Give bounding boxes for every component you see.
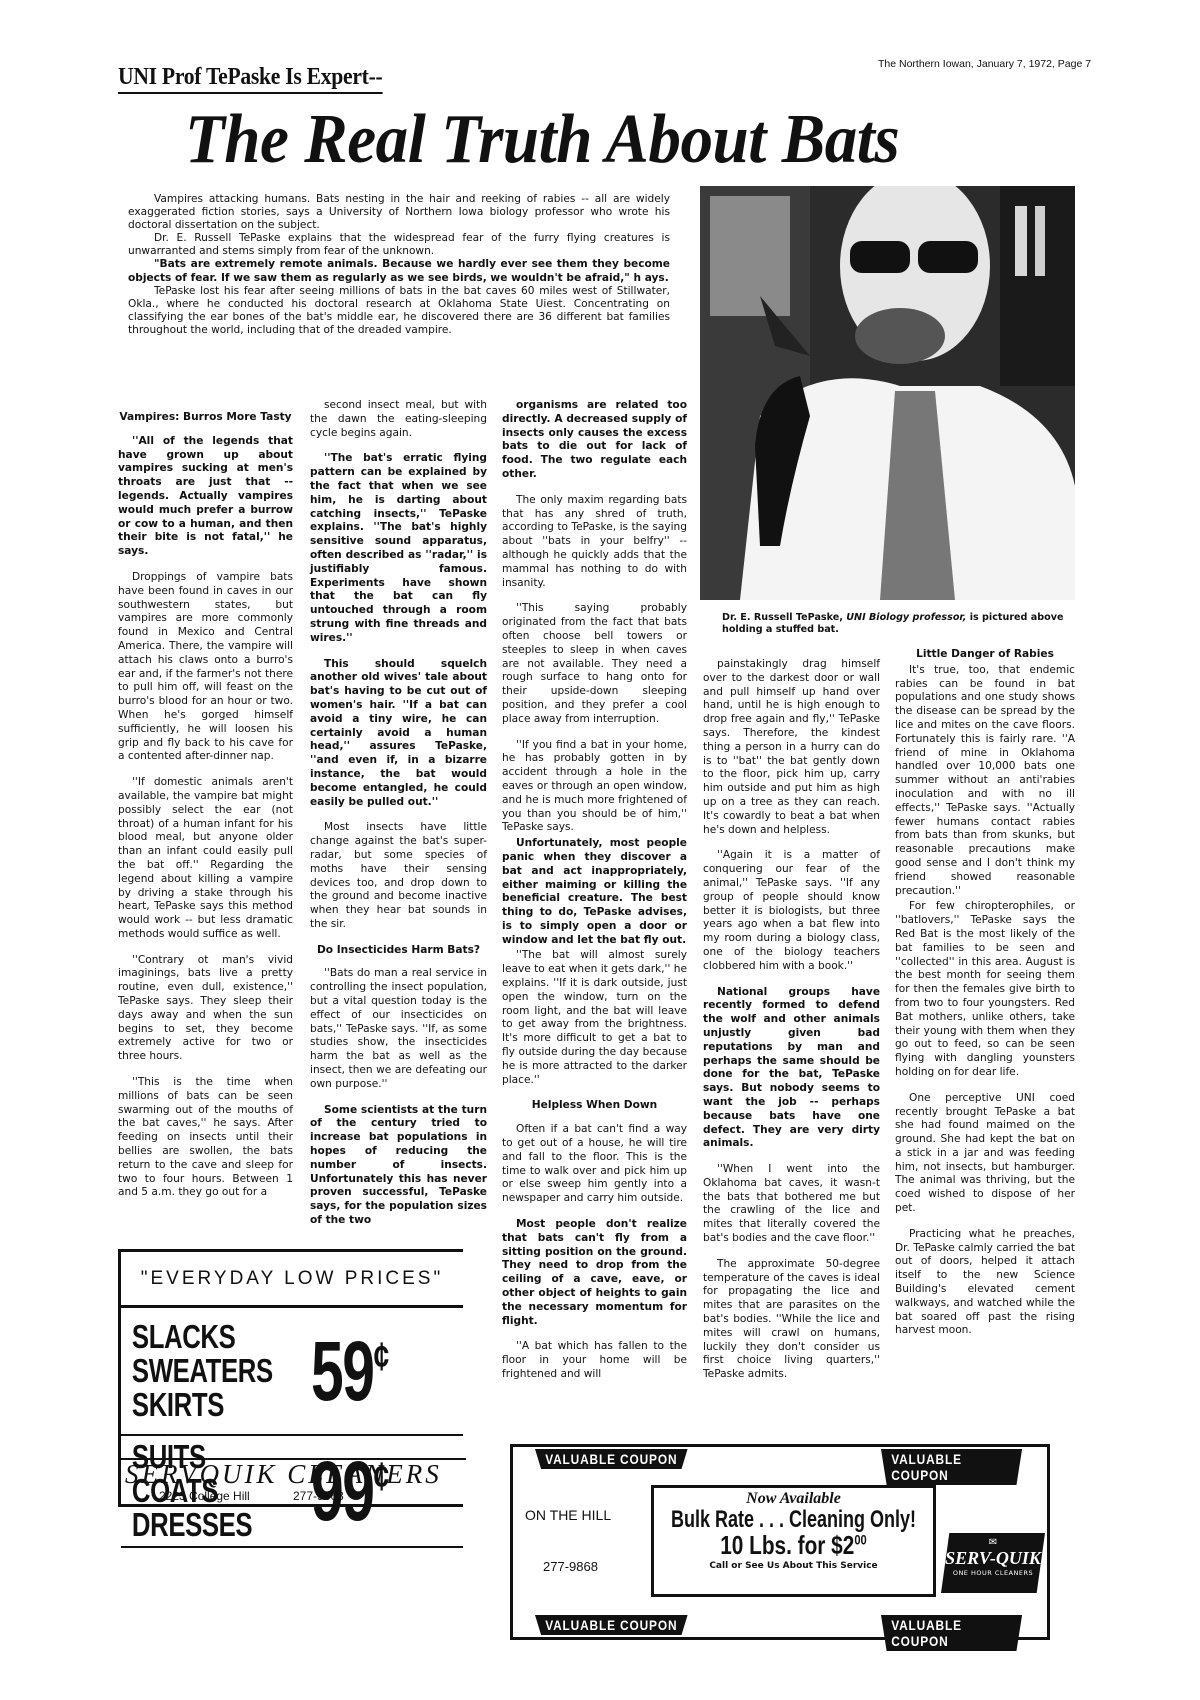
- photo-tepaske-with-bat: [700, 186, 1075, 600]
- intro-paragraph: TePaske lost his fear after seeing milli…: [128, 285, 670, 337]
- subhead: Do Insecticides Harm Bats?: [310, 944, 487, 958]
- paragraph: Often if a bat can't find a way to get o…: [502, 1123, 687, 1206]
- intro-paragraph: Dr. E. Russell TePaske explains that the…: [128, 232, 670, 258]
- paragraph: ''Contrary ot man's vivid imaginings, ba…: [118, 954, 293, 1064]
- folio: The Northern Iowan, January 7, 1972, Pag…: [878, 58, 1091, 70]
- article-column-1: Vampires: Burros More Tasty ''All of the…: [118, 405, 293, 1212]
- price-row-59: SLACKS SWEATERS SKIRTS 59¢: [121, 1308, 463, 1436]
- price-59: 59¢: [311, 1323, 388, 1420]
- paragraph: This should squelch another old wives' t…: [310, 658, 487, 810]
- phone-number: 277-9868: [543, 1559, 598, 1574]
- servquik-price-ad: "EVERYDAY LOW PRICES" SLACKS SWEATERS SK…: [118, 1249, 463, 1507]
- ad-slogan: "EVERYDAY LOW PRICES": [121, 1252, 463, 1308]
- paragraph: ''A bat which has fallen to the floor in…: [502, 1340, 687, 1381]
- envelope-emblem-icon: ✉: [941, 1537, 1045, 1548]
- paragraph: ''Again it is a matter of conquering our…: [703, 849, 880, 973]
- paragraph: ''This is the time when millions of bats…: [118, 1076, 293, 1200]
- location-label: ON THE HILL: [525, 1507, 611, 1523]
- paragraph: Most people don't realize that bats can'…: [502, 1218, 687, 1328]
- portrait-image: [700, 186, 1075, 600]
- article-column-2: second insect meal, but with the dawn th…: [310, 399, 487, 1240]
- business-name: SERVQUIK CLEANERS: [125, 1460, 466, 1488]
- article-column-5: Little Danger of Rabies It's true, too, …: [895, 648, 1075, 1350]
- paragraph: ''This saying probably originated from t…: [502, 602, 687, 726]
- coupon-ribbon: VALUABLE COUPON: [881, 1615, 1022, 1651]
- paragraph: ''All of the legends that have grown up …: [118, 435, 293, 559]
- paragraph: Unfortunately, most people panic when th…: [502, 837, 687, 947]
- paragraph: Some scientists at the turn of the centu…: [310, 1104, 487, 1228]
- intro-text: Vampires attacking humans. Bats nesting …: [128, 193, 670, 337]
- offer-box: Now Available Bulk Rate . . . Cleaning O…: [651, 1485, 936, 1597]
- garment-list: SLACKS SWEATERS SKIRTS: [121, 1320, 269, 1422]
- paragraph: organisms are related too directly. A de…: [502, 399, 687, 482]
- photo-caption: Dr. E. Russell TePaske, UNI Biology prof…: [722, 612, 1092, 636]
- paragraph: It's true, too, that endemic rabies can …: [895, 664, 1075, 899]
- offer-cta: Call or See Us About This Service: [654, 1561, 933, 1571]
- kicker-headline: UNI Prof TePaske Is Expert--: [118, 64, 382, 94]
- coupon-ribbon: VALUABLE COUPON: [535, 1449, 688, 1469]
- paragraph: Practicing what he preaches, Dr. TePaske…: [895, 1228, 1075, 1338]
- business-phone: 277-9868: [293, 1489, 344, 1503]
- article-column-3: organisms are related too directly. A de…: [502, 399, 687, 1394]
- intro-paragraph: "Bats are extremely remote animals. Beca…: [128, 258, 670, 284]
- intro-paragraph: Vampires attacking humans. Bats nesting …: [128, 193, 670, 232]
- paragraph: ''If you find a bat in your home, he has…: [502, 739, 687, 836]
- paragraph: Most insects have little change against …: [310, 821, 487, 931]
- paragraph: The only maxim regarding bats that has a…: [502, 494, 687, 591]
- coupon-ad: VALUABLE COUPON VALUABLE COUPON ON THE H…: [510, 1444, 1050, 1640]
- subhead: Helpless When Down: [502, 1099, 687, 1113]
- article-column-4: painstakingly drag himself over to the d…: [703, 658, 880, 1394]
- ad-footer: SERVQUIK CLEANERS 2223 College Hill 277-…: [121, 1458, 466, 1504]
- subhead: Vampires: Burros More Tasty: [118, 411, 293, 425]
- paragraph: One perceptive UNI coed recently brought…: [895, 1092, 1075, 1216]
- paragraph: second insect meal, but with the dawn th…: [310, 399, 487, 440]
- paragraph: For few chiropterophiles, or ''batlovers…: [895, 900, 1075, 1079]
- subhead: Little Danger of Rabies: [895, 648, 1075, 662]
- paragraph: ''If domestic animals aren't available, …: [118, 776, 293, 942]
- paragraph: National groups have recently formed to …: [703, 986, 880, 1152]
- paragraph: ''When I went into the Oklahoma bat cave…: [703, 1163, 880, 1246]
- paragraph: ''The bat's erratic flying pattern can b…: [310, 452, 487, 645]
- coupon-ribbon: VALUABLE COUPON: [881, 1449, 1022, 1485]
- servquik-logo: ✉ SERV-QUIK ONE HOUR CLEANERS: [941, 1533, 1045, 1593]
- paragraph: The approximate 50-degree temperature of…: [703, 1258, 880, 1382]
- offer-price: 10 Lbs. for $200: [682, 1530, 905, 1561]
- business-address: 2223 College Hill: [159, 1489, 250, 1503]
- paragraph: painstakingly drag himself over to the d…: [703, 658, 880, 837]
- paragraph: Droppings of vampire bats have been foun…: [118, 571, 293, 764]
- paragraph: ''Bats do man a real service in controll…: [310, 967, 487, 1091]
- headline: The Real Truth About Bats: [185, 100, 929, 180]
- paragraph: ''The bat will almost surely leave to ea…: [502, 949, 687, 1087]
- coupon-ribbon: VALUABLE COUPON: [535, 1615, 688, 1635]
